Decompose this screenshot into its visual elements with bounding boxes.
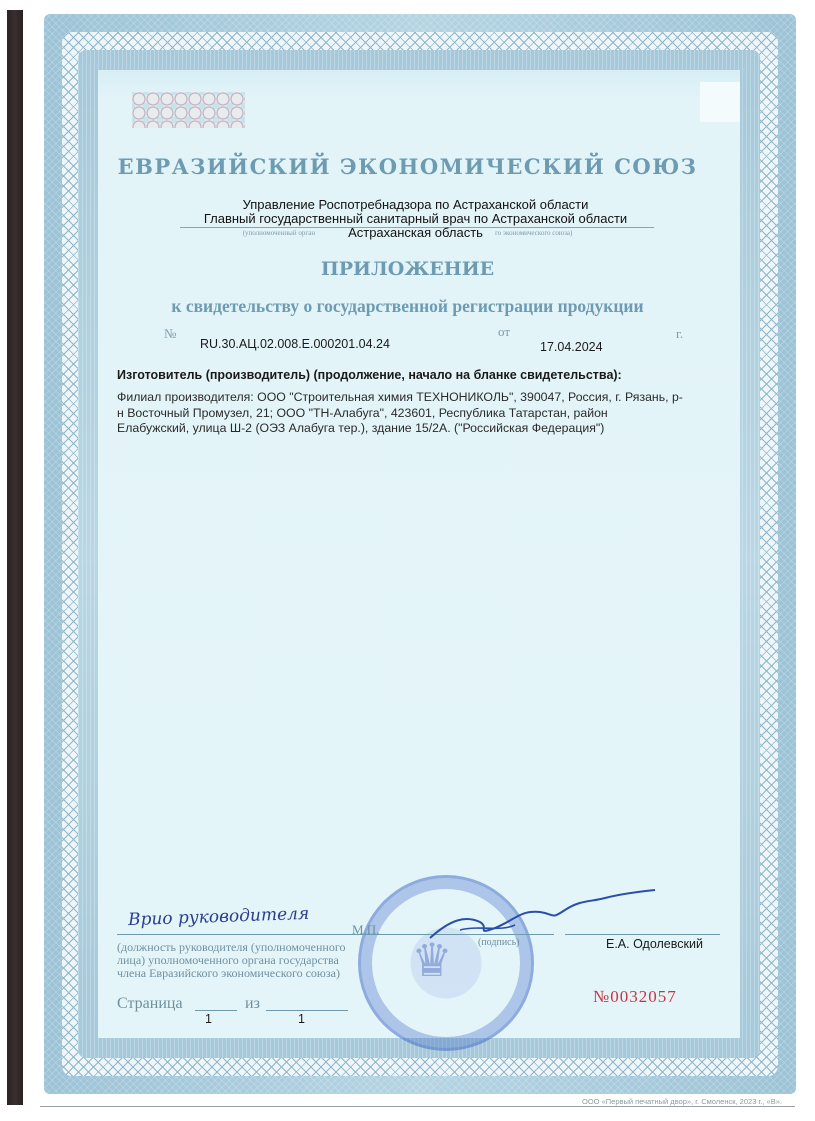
number-label: № bbox=[164, 326, 176, 342]
of-label: из bbox=[245, 995, 260, 1013]
manufacturer-line-3: Елабужский, улица Ш-2 (ОЭЗ Алабуга тер.)… bbox=[117, 421, 727, 437]
date-label: от bbox=[498, 324, 510, 340]
manufacturer-line-1: Филиал производителя: ООО "Строительная … bbox=[117, 390, 727, 406]
page-line bbox=[195, 1010, 237, 1011]
page-value: 1 bbox=[205, 1012, 212, 1026]
blank-serial-number: №0032057 bbox=[593, 987, 677, 1007]
bottom-rule bbox=[40, 1106, 795, 1107]
printer-note: ООО «Первый печатный двор», г. Смоленск,… bbox=[582, 1097, 782, 1106]
total-line bbox=[266, 1010, 348, 1011]
year-suffix: г. bbox=[676, 326, 683, 342]
appendix-title: ПРИЛОЖЕНИЕ bbox=[0, 258, 815, 280]
authority-line-3: Астраханская область bbox=[8, 225, 815, 240]
manufacturer-text: Филиал производителя: ООО "Строительная … bbox=[117, 390, 727, 437]
position-caption: (должность руководителя (уполномоченного… bbox=[117, 941, 345, 980]
appendix-subtitle: к свидетельству о государственной регист… bbox=[0, 296, 815, 317]
section-heading: Изготовитель (производитель) (продолжени… bbox=[117, 368, 622, 382]
authority-line-2: Главный государственный санитарный врач … bbox=[8, 211, 815, 226]
position-caption-line-3: члена Евразийского экономического союза) bbox=[117, 967, 345, 980]
authority-line-1: Управление Роспотребнадзора по Астраханс… bbox=[8, 197, 815, 212]
manufacturer-line-2: н Восточный Промузел, 21; ООО "ТН-Алабуг… bbox=[117, 406, 727, 422]
union-title: ЕВРАЗИЙСКИЙ ЭКОНОМИЧЕСКИЙ СОЮЗ bbox=[0, 154, 815, 179]
security-pattern-icon bbox=[132, 92, 245, 128]
signer-name: Е.А. Одолевский bbox=[606, 937, 703, 951]
registration-date: 17.04.2024 bbox=[540, 340, 603, 354]
page-label: Страница bbox=[117, 995, 183, 1013]
hologram-area bbox=[700, 82, 740, 122]
registration-number: RU.30.АЦ.02.008.Е.000201.04.24 bbox=[200, 337, 390, 351]
total-pages-value: 1 bbox=[298, 1012, 305, 1026]
stamp-label: М.П. bbox=[352, 922, 379, 938]
